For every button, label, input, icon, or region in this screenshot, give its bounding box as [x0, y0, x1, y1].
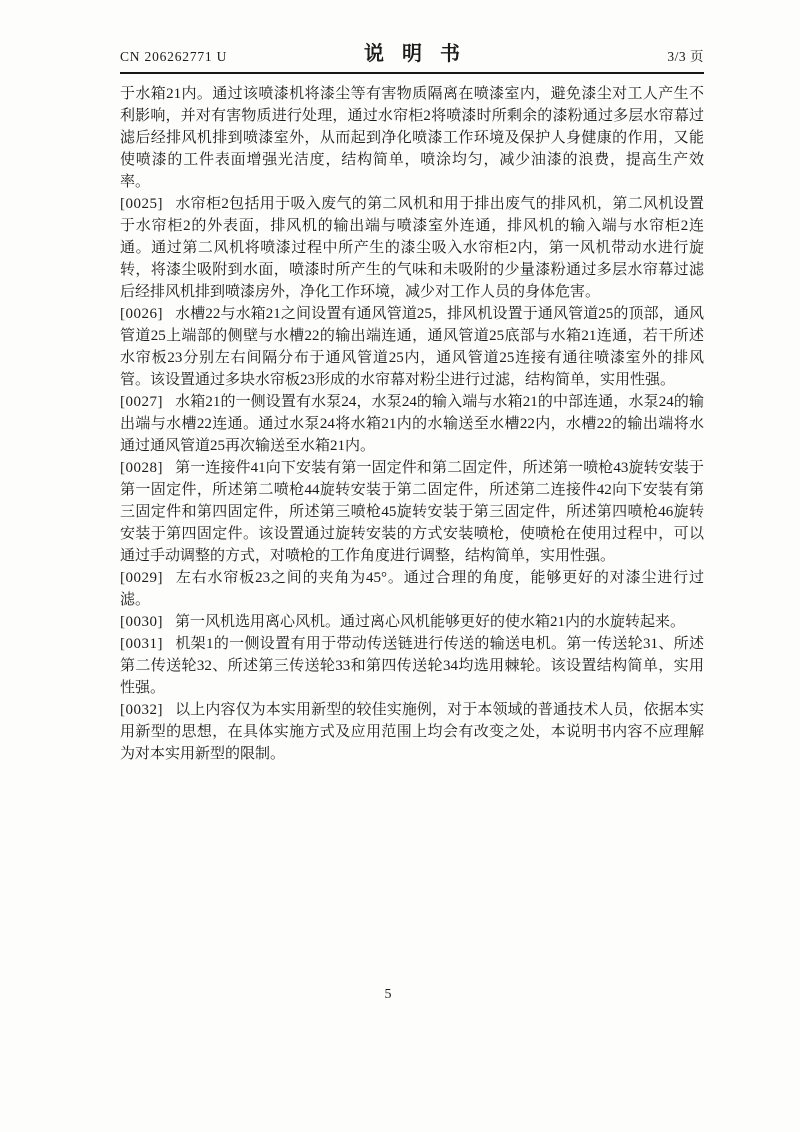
paragraph-0032: [0032]以上内容仅为本实用新型的较佳实施例，对于本领域的普通技术人员，依据本… [120, 699, 704, 765]
paragraph-text: 第一连接件41向下安装有第一固定件和第二固定件，所述第一喷枪43旋转安装于第一固… [120, 460, 704, 564]
paragraph-tag: [0029] [120, 567, 175, 589]
paragraph-0026: [0026]水槽22与水箱21之间设置有通风管道25，排风机设置于通风管道25的… [120, 303, 704, 391]
paragraph-text: 以上内容仅为本实用新型的较佳实施例，对于本领域的普通技术人员，依据本实用新型的思… [120, 702, 704, 762]
page-header: CN 206262771 U 说明书 3/3 页 [120, 40, 704, 66]
paragraph-text: 水箱21的一侧设置有水泵24，水泵24的输入端与水箱21的中部连通，水泵24的输… [120, 394, 704, 454]
paragraph-0027: [0027]水箱21的一侧设置有水泵24，水泵24的输入端与水箱21的中部连通，… [120, 391, 704, 457]
paragraph-continuation: 于水箱21内。通过该喷漆机将漆尘等有害物质隔离在喷漆室内，避免漆尘对工人产生不利… [120, 83, 704, 193]
paragraph-tag: [0032] [120, 699, 175, 721]
paragraph-text: 水帘柜2包括用于吸入废气的第二风机和用于排出废气的排风机，第二风机设置于水帘柜2… [120, 196, 704, 300]
paragraph-tag: [0031] [120, 633, 175, 655]
specification-text: 于水箱21内。通过该喷漆机将漆尘等有害物质隔离在喷漆室内，避免漆尘对工人产生不利… [120, 83, 704, 765]
paragraph-0029: [0029]左右水帘板23之间的夹角为45°。通过合理的角度，能够更好的对漆尘进… [120, 567, 704, 611]
paragraph-text: 于水箱21内。通过该喷漆机将漆尘等有害物质隔离在喷漆室内，避免漆尘对工人产生不利… [120, 86, 704, 190]
page-indicator: 3/3 页 [667, 45, 704, 65]
paragraph-text: 机架1的一侧设置有用于带动传送链进行传送的输送电机。第一传送轮31、所述第二传送… [120, 636, 704, 696]
document-title: 说明书 [120, 37, 704, 66]
paragraph-0030: [0030]第一风机选用离心风机。通过离心风机能够更好的使水箱21内的水旋转起来… [120, 611, 704, 633]
paragraph-tag: [0030] [120, 611, 175, 633]
paragraph-tag: [0028] [120, 457, 175, 479]
paragraph-tag: [0027] [120, 391, 175, 413]
paragraph-tag: [0026] [120, 303, 175, 325]
paragraph-text: 水槽22与水箱21之间设置有通风管道25，排风机设置于通风管道25的顶部，通风管… [120, 306, 704, 388]
page-number: 5 [0, 987, 776, 1003]
paragraph-0031: [0031]机架1的一侧设置有用于带动传送链进行传送的输送电机。第一传送轮31、… [120, 633, 704, 699]
paragraph-tag: [0025] [120, 193, 175, 215]
paragraph-0025: [0025]水帘柜2包括用于吸入废气的第二风机和用于排出废气的排风机，第二风机设… [120, 193, 704, 303]
header-divider [120, 72, 704, 74]
patent-specification-page: CN 206262771 U 说明书 3/3 页 于水箱21内。通过该喷漆机将漆… [0, 0, 800, 1132]
paragraph-text: 第一风机选用离心风机。通过离心风机能够更好的使水箱21内的水旋转起来。 [175, 614, 685, 630]
paragraph-0028: [0028]第一连接件41向下安装有第一固定件和第二固定件，所述第一喷枪43旋转… [120, 457, 704, 567]
paragraph-text: 左右水帘板23之间的夹角为45°。通过合理的角度，能够更好的对漆尘进行过滤。 [120, 570, 704, 608]
